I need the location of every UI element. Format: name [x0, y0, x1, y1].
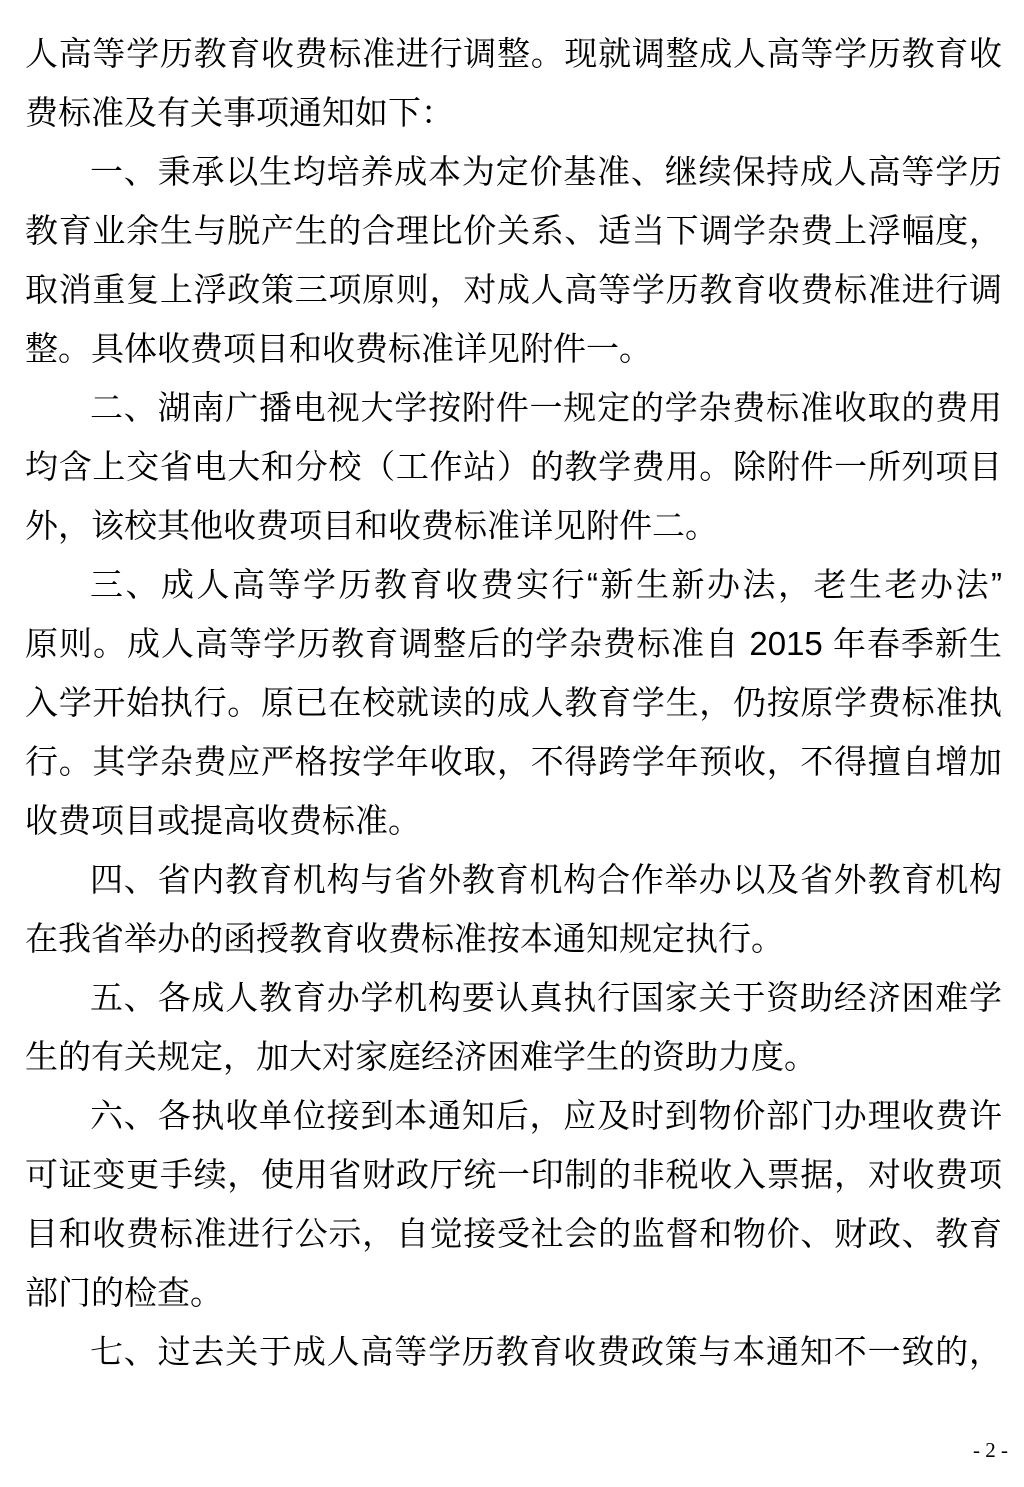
text-line: 外，该校其他收费项目和收费标准详见附件二。 — [25, 496, 1002, 555]
text-line: 收费项目或提高收费标准。 — [25, 791, 1002, 850]
text-line: 原则。成人高等学历教育调整后的学杂费标准自 2015 年春季新生 — [25, 614, 1002, 673]
page-number: - 2 - — [973, 1438, 1008, 1462]
text-line: 二、湖南广播电视大学按附件一规定的学杂费标准收取的费用 — [25, 378, 1002, 437]
text-line: 可证变更手续，使用省财政厅统一印制的非税收入票据，对收费项 — [25, 1145, 1002, 1204]
document-page: 人高等学历教育收费标准进行调整。现就调整成人高等学历教育收费标准及有关事项通知如… — [0, 0, 1024, 1487]
text-line: 均含上交省电大和分校（工作站）的教学费用。除附件一所列项目 — [25, 437, 1002, 496]
text-line: 行。其学杂费应严格按学年收取，不得跨学年预收，不得擅自增加 — [25, 732, 1002, 791]
text-line: 五、各成人教育办学机构要认真执行国家关于资助经济困难学 — [25, 968, 1002, 1027]
text-line: 整。具体收费项目和收费标准详见附件一。 — [25, 319, 1002, 378]
page-footer: - 2 - — [973, 1438, 1008, 1463]
document-body: 人高等学历教育收费标准进行调整。现就调整成人高等学历教育收费标准及有关事项通知如… — [25, 24, 1002, 1381]
text-line: 教育业余生与脱产生的合理比价关系、适当下调学杂费上浮幅度， — [25, 201, 1002, 260]
text-line: 费标准及有关事项通知如下： — [25, 83, 1002, 142]
text-line: 人高等学历教育收费标准进行调整。现就调整成人高等学历教育收 — [25, 24, 1002, 83]
text-line: 四、省内教育机构与省外教育机构合作举办以及省外教育机构 — [25, 850, 1002, 909]
text-line: 目和收费标准进行公示，自觉接受社会的监督和物价、财政、教育 — [25, 1204, 1002, 1263]
text-line: 七、过去关于成人高等学历教育收费政策与本通知不一致的， — [25, 1322, 1002, 1381]
text-line: 入学开始执行。原已在校就读的成人教育学生，仍按原学费标准执 — [25, 673, 1002, 732]
text-line: 一、秉承以生均培养成本为定价基准、继续保持成人高等学历 — [25, 142, 1002, 201]
text-line: 部门的检查。 — [25, 1263, 1002, 1322]
text-line: 在我省举办的函授教育收费标准按本通知规定执行。 — [25, 909, 1002, 968]
text-line: 六、各执收单位接到本通知后，应及时到物价部门办理收费许 — [25, 1086, 1002, 1145]
text-line: 生的有关规定，加大对家庭经济困难学生的资助力度。 — [25, 1027, 1002, 1086]
text-line: 三、成人高等学历教育收费实行“新生新办法，老生老办法” — [25, 555, 1002, 614]
text-line: 取消重复上浮政策三项原则，对成人高等学历教育收费标准进行调 — [25, 260, 1002, 319]
